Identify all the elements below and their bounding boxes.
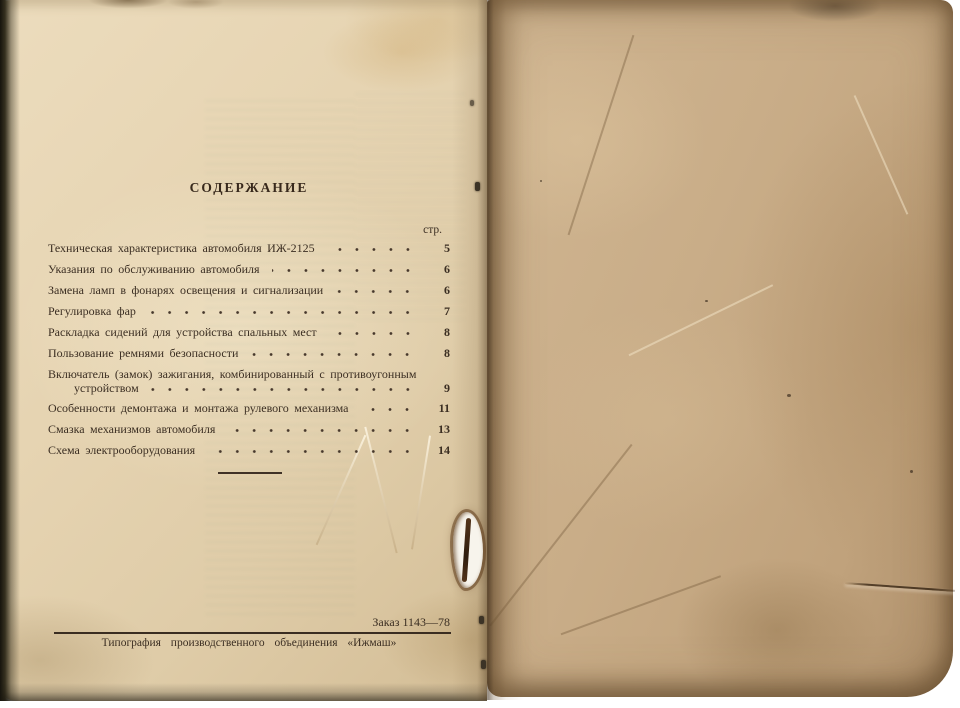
toc-entry-row: Указания по обслуживанию автомобиля 6 xyxy=(48,262,450,283)
page-title: СОДЕРЖАНИЕ xyxy=(48,180,450,196)
toc-entry-row: Включатель (замок) зажигания, комбиниров… xyxy=(48,367,450,401)
toc-entry-row: Особенности демонтажа и монтажа рулевого… xyxy=(48,401,450,422)
toc-entry-page: 14 xyxy=(430,443,450,458)
toc-entries: Техническая характеристика автомобиля ИЖ… xyxy=(48,241,450,474)
dot-leader xyxy=(335,289,422,294)
left-page: СОДЕРЖАНИЕ стр. Техническая характеристи… xyxy=(0,0,487,701)
paper-fleck xyxy=(705,300,708,302)
staple xyxy=(470,100,474,106)
toc-entry-row: Замена ламп в фонарях освещения и сигнал… xyxy=(48,283,450,304)
toc-entry-row: Схема электрооборудования 14 xyxy=(48,443,450,464)
dot-leader xyxy=(151,387,422,392)
dot-leader xyxy=(250,352,422,357)
staple xyxy=(479,616,484,624)
right-page xyxy=(487,0,953,697)
toc-entry-page: 13 xyxy=(430,422,450,437)
paper-fleck xyxy=(910,470,913,473)
toc-entry-row: Смазка механизмов автомобиля 13 xyxy=(48,422,450,443)
page-column-label: стр. xyxy=(423,224,442,236)
toc-entry-title: Особенности демонтажа и монтажа рулевого… xyxy=(48,401,348,416)
toc-entry-title: Раскладка сидений для устройства спальны… xyxy=(48,325,317,340)
toc-entry-page: 9 xyxy=(430,381,450,396)
toc-entry-page: 7 xyxy=(430,304,450,319)
toc-entry-row: Регулировка фар 7 xyxy=(48,304,450,325)
toc-entry-title-continuation: устройством xyxy=(48,381,139,396)
toc-entry-page: 8 xyxy=(430,346,450,361)
toc-entry-title: Техническая характеристика автомобиля ИЖ… xyxy=(48,241,315,256)
print-order-number: Заказ 1143—78 xyxy=(372,615,450,630)
printing-house-line: Типография производственного объединения… xyxy=(48,637,450,649)
toc-entry-row: Раскладка сидений для устройства спальны… xyxy=(48,325,450,346)
dot-leader xyxy=(207,449,422,454)
toc-entry-page: 6 xyxy=(430,262,450,277)
dot-leader xyxy=(148,310,422,315)
toc-entry-title: Включатель (замок) зажигания, комбиниров… xyxy=(48,367,450,381)
book-scan: СОДЕРЖАНИЕ стр. Техническая характеристи… xyxy=(0,0,960,708)
toc-entry-title: Схема электрооборудования xyxy=(48,443,195,458)
toc-entry-row: Пользование ремнями безопасности 8 xyxy=(48,346,450,367)
toc-entry-row: Техническая характеристика автомобиля ИЖ… xyxy=(48,241,450,262)
dot-leader xyxy=(272,268,422,273)
staple xyxy=(475,182,480,191)
toc-entry-title: Пользование ремнями безопасности xyxy=(48,346,238,361)
toc-entry-title: Регулировка фар xyxy=(48,304,136,319)
dot-leader xyxy=(360,407,422,412)
toc-entry-title: Замена ламп в фонарях освещения и сигнал… xyxy=(48,283,323,298)
binding-gutter xyxy=(452,0,524,700)
page-worn-edge xyxy=(0,683,487,701)
toc-entry-page: 8 xyxy=(430,325,450,340)
dot-leader xyxy=(227,428,422,433)
page-worn-edge xyxy=(0,0,20,701)
toc-entry-page: 6 xyxy=(430,283,450,298)
dot-leader xyxy=(327,247,422,252)
toc-entry-title: Смазка механизмов автомобиля xyxy=(48,422,215,437)
paper-fleck xyxy=(540,180,542,182)
toc-entry-page: 11 xyxy=(430,401,450,416)
toc-entry-page: 5 xyxy=(430,241,450,256)
dot-leader xyxy=(329,331,422,336)
section-divider xyxy=(218,472,282,474)
footer-rule xyxy=(54,632,451,634)
staple xyxy=(481,660,486,669)
paper-fleck xyxy=(787,394,791,397)
toc-entry-title: Указания по обслуживанию автомобиля xyxy=(48,262,260,277)
